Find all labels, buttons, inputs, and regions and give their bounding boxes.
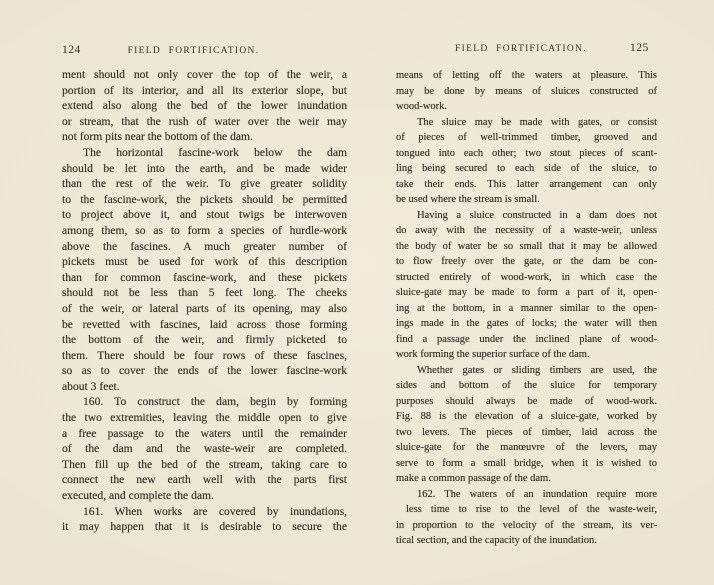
text-line: The horizontal fascine-work below the da… (62, 145, 347, 161)
text-line: so as to cover the ends of the lower fas… (62, 363, 347, 379)
text-line: extend also along the bed of the lower i… (62, 98, 347, 114)
text-line: may be done by means of sluices construc… (396, 84, 657, 100)
text-line: about 3 feet. (62, 379, 347, 395)
text-line: among them, so as to form a species of h… (62, 223, 347, 239)
text-line: the bottom of the weir, and firmly picke… (62, 332, 347, 348)
text-line: should be let into the earth, and be mad… (62, 161, 347, 177)
text-line: ment should not only cover the top of th… (62, 67, 347, 83)
text-line: serve to form a small bridge, when it is… (396, 456, 657, 472)
text-line: ling being secured to each side of the s… (396, 161, 657, 177)
text-line: purposes should always be made of wood-w… (396, 394, 657, 410)
text-line: of pieces of well-trimmed timber, groove… (396, 130, 657, 146)
text-line: in proportion to the velocity of the str… (396, 518, 657, 534)
text-line: The sluice may be made with gates, or co… (396, 115, 657, 131)
text-line: a free passage to the waters until the r… (62, 426, 347, 442)
text-line: Fig. 88 is the elevation of a sluice-gat… (396, 409, 657, 425)
text-line: tical section, and the capacity of the i… (396, 533, 657, 549)
text-line: portion of its interior, and all its ext… (62, 83, 347, 99)
text-line: Having a sluice constructed in a dam doe… (396, 208, 657, 224)
text-line: executed, and complete the dam. (62, 488, 347, 504)
book-spread-scan: 124 FIELD FORTIFICATION. FIELD FORTIFICA… (0, 0, 714, 585)
right-running-title: FIELD FORTIFICATION. (396, 44, 646, 54)
text-line: than for common fascine-work, and these … (62, 270, 347, 286)
text-line: work forming the superior surface of the… (396, 347, 657, 363)
text-line: be revetted with fascines, laid across t… (62, 317, 347, 333)
text-line: make a common passage of the dam. (396, 471, 657, 487)
text-line: to flow freely over the gate, or the dam… (396, 254, 657, 270)
text-line: it may happen that it is desirable to se… (62, 519, 347, 535)
text-line: the body of water be so small that it ma… (396, 239, 657, 255)
text-line: of the dam and the waste-weir are comple… (62, 441, 347, 457)
text-line: 161. When works are covered by inundatio… (62, 504, 347, 520)
text-line: sluice-gate for the manœuvre of the leve… (396, 440, 657, 456)
text-line: sides and bottom of the sluice for tempo… (396, 378, 657, 394)
text-line: to project above it, and stout twigs be … (62, 207, 347, 223)
text-line: wood-work. (396, 99, 657, 115)
text-line: of the weir, or lateral parts of its ope… (62, 301, 347, 317)
text-line: do away with the necessity of a waste-we… (396, 223, 657, 239)
text-line: above the fascines. A much greater numbe… (62, 239, 347, 255)
text-line: find a passage under the inclined plane … (396, 332, 657, 348)
right-page-text-column: means of letting off the waters at pleas… (396, 68, 657, 549)
left-running-title: FIELD FORTIFICATION. (62, 46, 325, 56)
text-line: the two extremities, leaving the middle … (62, 410, 347, 426)
text-line: means of letting off the waters at pleas… (396, 68, 657, 84)
left-page-text-column: ment should not only cover the top of th… (62, 67, 347, 535)
text-line: ing at the bottom, in a manner similar t… (396, 301, 657, 317)
text-line: should not be less than 5 feet long. The… (62, 285, 347, 301)
text-line: ings made in the gates of locks; the wat… (396, 316, 657, 332)
text-line: Whether gates or sliding timbers are use… (396, 363, 657, 379)
text-line: connect the new earth well with the part… (62, 472, 347, 488)
text-line: two levers. The pieces of timber, laid a… (396, 425, 657, 441)
text-line: 162. The waters of an inundation require… (396, 487, 657, 503)
text-line: not form pits near the bottom of the dam… (62, 129, 347, 145)
text-line: less time to rise to the level of the wa… (396, 502, 657, 518)
text-line: 160. To construct the dam, begin by form… (62, 394, 347, 410)
text-line: them. There should be four rows of these… (62, 348, 347, 364)
text-line: sluice-gate may be made to form a part o… (396, 285, 657, 301)
text-line: to the fascine-work, the pickets should … (62, 192, 347, 208)
text-line: than the rest of the weir. To give great… (62, 176, 347, 192)
text-line: structed entirely of wood-work, in which… (396, 270, 657, 286)
text-line: be used where the stream is small. (396, 192, 657, 208)
text-line: pickets must be used for work of this de… (62, 254, 347, 270)
text-line: Then fill up the bed of the stream, taki… (62, 457, 347, 473)
text-line: or stream, that the rush of water over t… (62, 114, 347, 130)
text-line: take their ends. This latter arrangement… (396, 177, 657, 193)
right-page-number: 125 (630, 42, 649, 54)
text-line: tongued into each other; two stout piece… (396, 146, 657, 162)
